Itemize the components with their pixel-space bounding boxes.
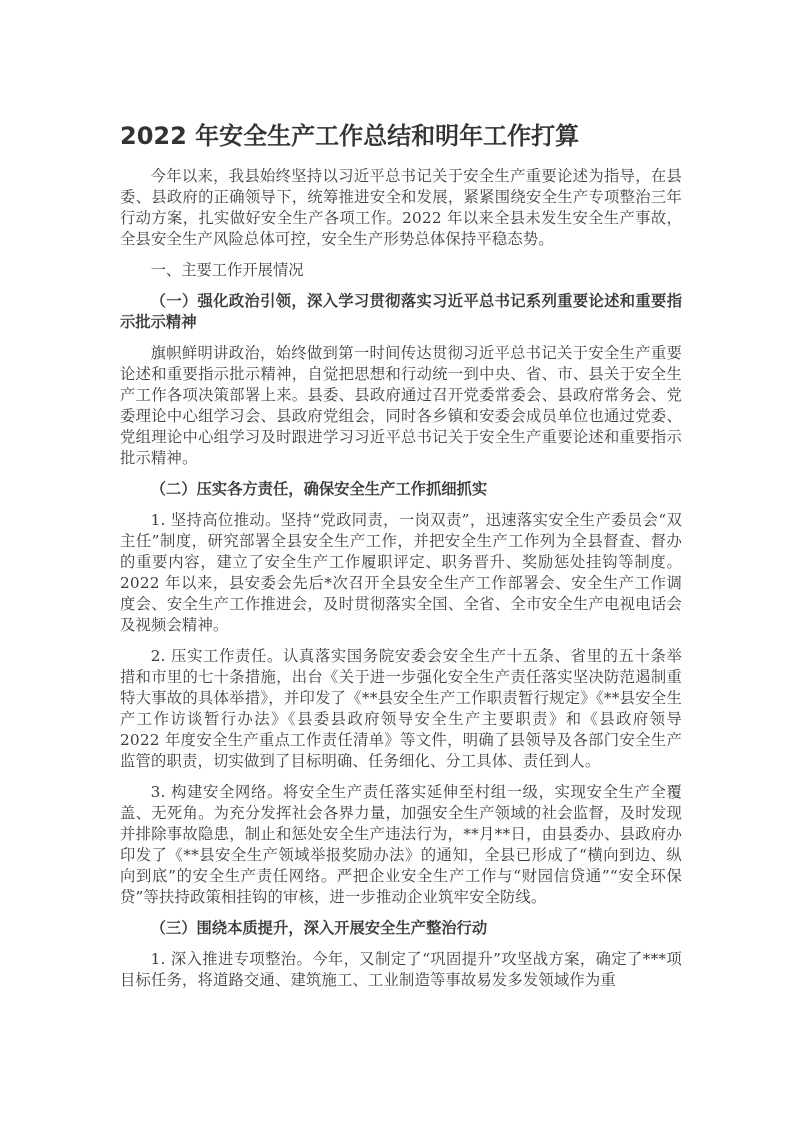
- intro-paragraph: 今年以来，我县始终坚持以习近平总书记关于安全生产重要论述为指导，在县委、县政府的…: [120, 166, 682, 250]
- paragraph-special-rectification: 1. 深入推进专项整治。今年，又制定了“巩固提升”攻坚战方案，确定了***项目标…: [120, 949, 682, 991]
- document-title: 2022 年安全生产工作总结和明年工作打算: [120, 118, 682, 154]
- paragraph-political-guidance: 旗帜鲜明讲政治，始终做到第一时间传达贯彻习近平总书记关于安全生产重要论述和重要指…: [120, 343, 682, 469]
- subsection-heading-responsibilities: （二）压实各方责任，确保安全生产工作抓细抓实: [120, 479, 682, 500]
- paragraph-safety-network: 3. 构建安全网络。将安全生产责任落实延伸至村组一级，实现安全生产全覆盖、无死角…: [120, 782, 682, 908]
- paragraph-work-responsibility: 2. 压实工作责任。认真落实国务院安委会安全生产十五条、省里的五十条举措和市里的…: [120, 646, 682, 772]
- section-heading-main-work: 一、主要工作开展情况: [120, 260, 682, 281]
- subsection-heading-political-guidance: （一）强化政治引领，深入学习贯彻落实习近平总书记系列重要论述和重要指示批示精神: [120, 291, 682, 333]
- document-page: 2022 年安全生产工作总结和明年工作打算 今年以来，我县始终坚持以习近平总书记…: [120, 118, 682, 1001]
- paragraph-high-level-push: 1. 坚持高位推动。坚持“党政同责，一岗双责”，迅速落实安全生产委员会“双主任”…: [120, 510, 682, 636]
- subsection-heading-rectification: （三）围绕本质提升，深入开展安全生产整治行动: [120, 918, 682, 939]
